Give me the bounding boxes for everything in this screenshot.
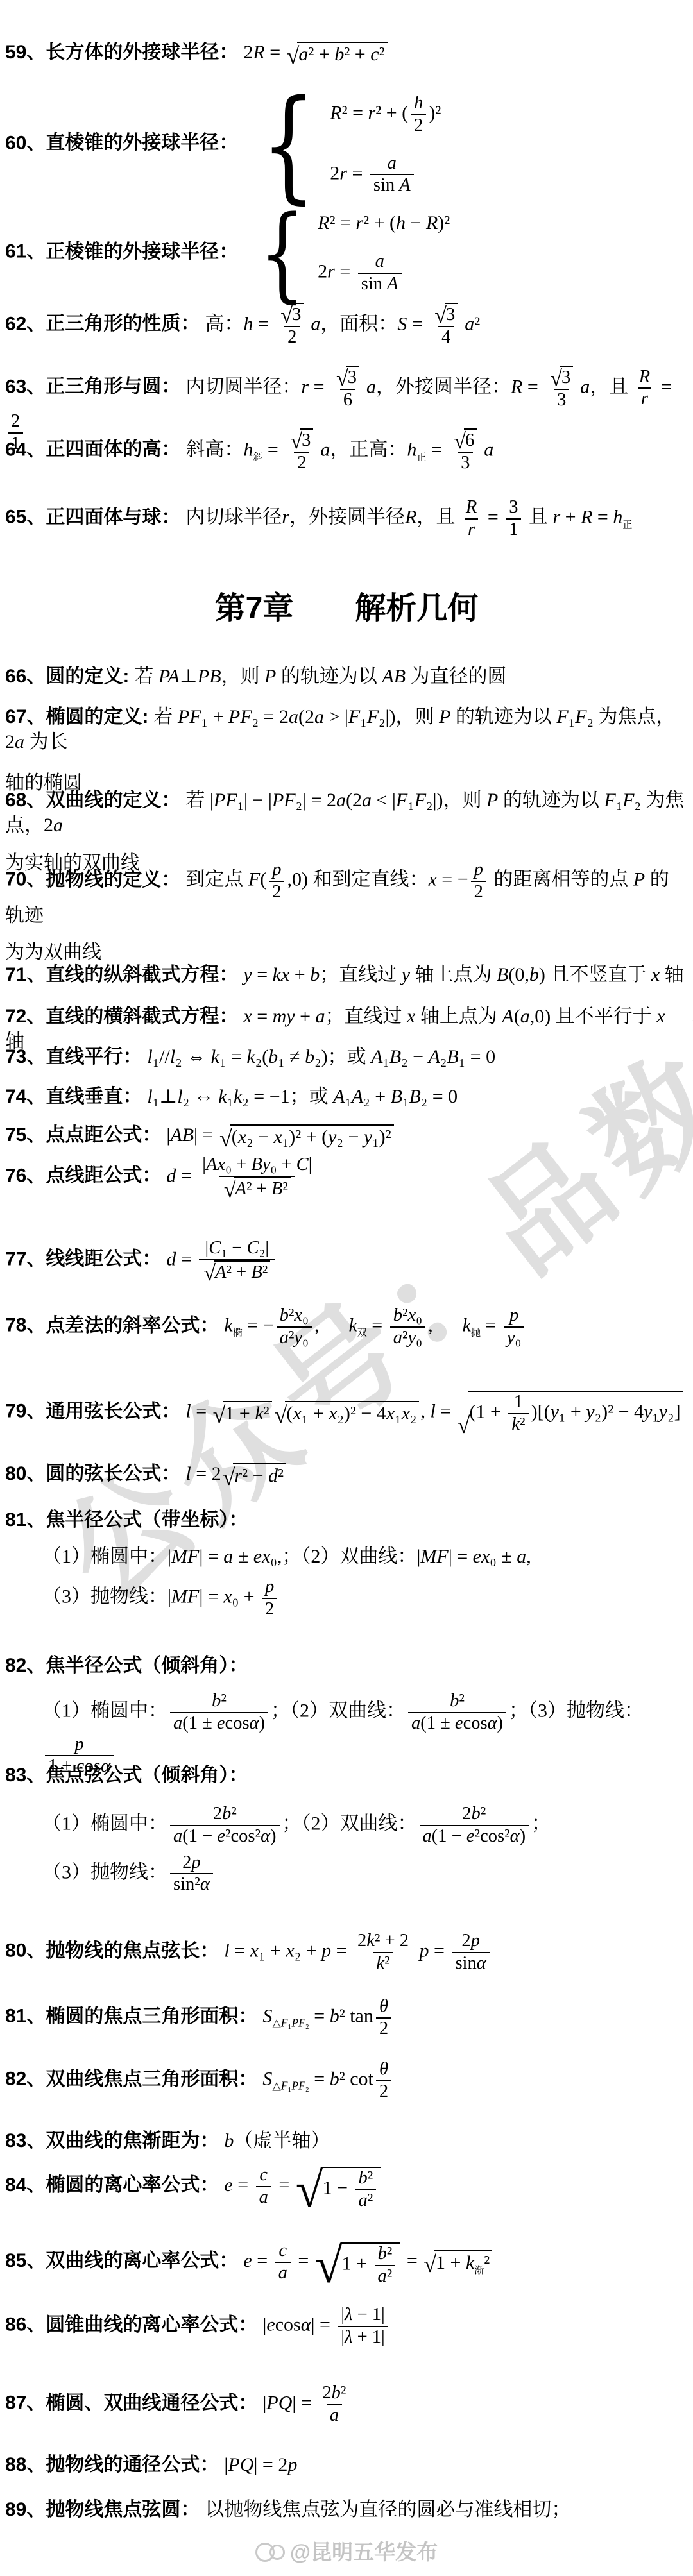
formula-item-89: 89、抛物线焦点弦圆：以抛物线焦点弦为直径的圆必与准线相切； [5,2497,688,2522]
formula-item-84: 84、椭圆的离心率公式：e = ca = √1 − b²a² [5,2162,688,2212]
item-label: 椭圆的离心率公式： [46,2174,219,2196]
item-label: 椭圆的焦点三角形面积： [46,2006,257,2027]
item-label: 正棱锥的外接球半径： [46,241,238,262]
formula-item-86: 86、圆锥曲线的离心率公式：|ecosα| = |λ − 1||λ + 1| [5,2305,688,2348]
item-number: 86、 [5,2314,46,2335]
item-number: 64、 [5,439,46,460]
watermark-logo-icon [255,2543,285,2562]
item-label: 点点距公式： [46,1124,161,1146]
item-label: 长方体的外接球半径： [46,42,238,63]
item-label: 正三角形的性质： [46,313,200,334]
item-label: 焦半径公式（带坐标）： [46,1509,248,1530]
item-label: 焦点弦公式（倾斜角）： [46,1765,248,1786]
item-label: 线线距公式： [46,1248,161,1269]
item-number: 88、 [5,2454,46,2475]
item-number: 71、 [5,964,46,985]
formula-item-75: 75、点点距公式：|AB| = √(x₂ − x₁)² + (y₂ − y₁)² [5,1123,688,1149]
formula-item-76: 76、点线距公式：d = |Ax₀ + By₀ + C|√A² + B² [5,1155,688,1200]
formula-item-78: 78、点差法的斜率公式：k椭 = −b²x₀a²y₀,k双 = b²x₀a²y₀… [5,1305,688,1349]
formula-item-73: 73、直线平行：l₁//l₂ ⇔ k₁ = k₂(b₁ ≠ b₂)；或 A₁B₂… [5,1044,688,1069]
item-number: 81、 [5,1509,46,1530]
item-label: 焦半径公式（倾斜角）： [46,1655,248,1676]
formula-item-81b: 81、椭圆的焦点三角形面积：S△F₁PF₂ = b² tanθ2 [5,1996,688,2040]
formula-item-82: 82、焦半径公式（倾斜角）：（1）椭圆中：b²a(1 ± ecosα)；（2）双… [5,1653,688,1777]
bottom-watermark: @昆明五华发布 [0,2539,693,2566]
watermark-text: @昆明五华发布 [290,2539,438,2566]
item-label: 点线距公式： [46,1165,161,1186]
formula-item-59: 59、长方体的外接球半径：2R = √a² + b² + c² [5,40,688,66]
item-label: 抛物线的定义： [46,869,180,890]
item-label: 正四面体与球： [46,507,180,528]
item-number: 59、 [5,42,46,63]
item-label: 通用弦长公式： [46,1401,180,1422]
item-number: 80、 [5,1940,46,1962]
formula-item-82b: 82、双曲线焦点三角形面积：S△F₁PF₂ = b² cotθ2 [5,2059,688,2103]
formula-sheet-page: 公众号：品数学 59、长方体的外接球半径：2R = √a² + b² + c² … [0,0,693,2576]
item-number: 84、 [5,2174,46,2196]
item-label: 圆的定义: [46,666,129,687]
item-label: 直线平行： [46,1046,142,1067]
formula-item-67: 67、椭圆的定义:若 PF₁ + PF₂ = 2a(2a > |F₁F₂|)，则… [5,704,688,795]
item-number: 82、 [5,1655,46,1676]
formula-item-77: 77、线线距公式：d = |C₁ − C₂|√A² + B² [5,1238,688,1284]
item-number: 63、 [5,376,46,397]
item-label: 椭圆的定义: [46,706,148,727]
item-number: 72、 [5,1006,46,1027]
item-number: 62、 [5,313,46,334]
item-label: 双曲线焦点三角形面积： [46,2069,257,2090]
item-number: 79、 [5,1401,46,1422]
item-label: 正三角形与圆： [46,376,180,397]
item-number: 67、 [5,706,46,727]
item-number: 66、 [5,666,46,687]
item-label: 直棱锥的外接球半径： [46,132,238,153]
formula-item-83: 83、焦点弦公式（倾斜角）：（1）椭圆中：2b²a(1 − e²cos²α)；（… [5,1763,688,1895]
formula-item-87: 87、椭圆、双曲线通径公式：|PQ| = 2b²a [5,2383,688,2427]
item-number: 80、 [5,1463,46,1484]
formula-item-60: 60、直棱锥的外接球半径：{R² = r² + (h2)²2r = asin A [5,93,688,196]
item-label: 抛物线的焦点弦长： [46,1940,219,1962]
item-label: 抛物线的通径公式： [46,2454,219,2475]
formula-item-74: 74、直线垂直：l₁⊥l₂ ⇔ k₁k₂ = −1；或 A₁A₂ + B₁B₂ … [5,1084,688,1109]
formula-item-85: 85、双曲线的离心率公式：e = ca = √1 + b²a² = √1 + k… [5,2237,688,2287]
item-label: 直线的纵斜截式方程： [46,964,238,985]
item-number: 89、 [5,2499,46,2520]
item-number: 83、 [5,2130,46,2151]
item-number: 82、 [5,2069,46,2090]
item-label: 双曲线的定义： [46,790,180,811]
item-number: 65、 [5,507,46,528]
item-number: 68、 [5,790,46,811]
item-number: 81、 [5,2006,46,2027]
item-label: 正四面体的高： [46,439,180,460]
item-label: 椭圆、双曲线通径公式： [46,2393,257,2414]
formula-item-61: 61、正棱锥的外接球半径：{R² = r² + (h − R)²2r = asi… [5,212,688,295]
item-label: 双曲线的离心率公式： [46,2250,238,2271]
formula-item-80b: 80、抛物线的焦点弦长：l = x₁ + x₂ + p = 2k² + 2k² … [5,1931,688,1974]
formula-item-83b: 83、双曲线的焦渐距为：b（虚半轴） [5,2128,688,2153]
item-number: 76、 [5,1165,46,1186]
item-label: 直线的横斜截式方程： [46,1006,238,1027]
item-number: 83、 [5,1765,46,1786]
formula-item-79: 79、通用弦长公式：l = √1 + k²√(x₁ + x₂)² − 4x₁x₂… [5,1391,688,1436]
item-number: 85、 [5,2250,46,2271]
formula-item-65: 65、正四面体与球：内切球半径r，外接圆半径R，且 Rr = 31 且 r + … [5,497,688,541]
item-label: 抛物线焦点弦圆： [46,2499,200,2520]
item-number: 75、 [5,1124,46,1146]
formula-item-66: 66、圆的定义:若 PA⊥PB，则 P 的轨迹为以 AB 为直径的圆 [5,664,688,689]
formula-item-62: 62、正三角形的性质：高：h = √32a，面积：S = √34a² [5,303,688,348]
item-number: 78、 [5,1315,46,1336]
chapter-title: 第7章 解析几何 [0,589,693,629]
item-number: 70、 [5,869,46,890]
item-number: 87、 [5,2393,46,2414]
formula-item-80: 80、圆的弦长公式：l = 2√r² − d² [5,1461,688,1487]
formula-item-71: 71、直线的纵斜截式方程：y = kx + b；直线过 y 轴上点为 B(0,b… [5,962,688,987]
item-label: 点差法的斜率公式： [46,1315,219,1336]
formula-item-81: 81、焦半径公式（带坐标）：（1）椭圆中：|MF| = a ± ex₀,；（2）… [5,1507,688,1620]
formula-item-88: 88、抛物线的通径公式：|PQ| = 2p [5,2452,688,2477]
item-label: 圆锥曲线的离心率公式： [46,2314,257,2335]
item-number: 77、 [5,1248,46,1269]
item-number: 61、 [5,241,46,262]
formula-item-64: 64、正四面体的高：斜高：h斜 = √32a，正高：h正 = √63a [5,428,688,474]
item-label: 圆的弦长公式： [46,1463,180,1484]
item-label: 双曲线的焦渐距为： [46,2130,219,2151]
item-number: 73、 [5,1046,46,1067]
formula-item-70: 70、抛物线的定义：到定点 F(p2,0) 和到定直线：x = −p2 的距离相… [5,860,688,965]
item-number: 60、 [5,132,46,153]
item-label: 直线垂直： [46,1086,142,1107]
item-number: 74、 [5,1086,46,1107]
